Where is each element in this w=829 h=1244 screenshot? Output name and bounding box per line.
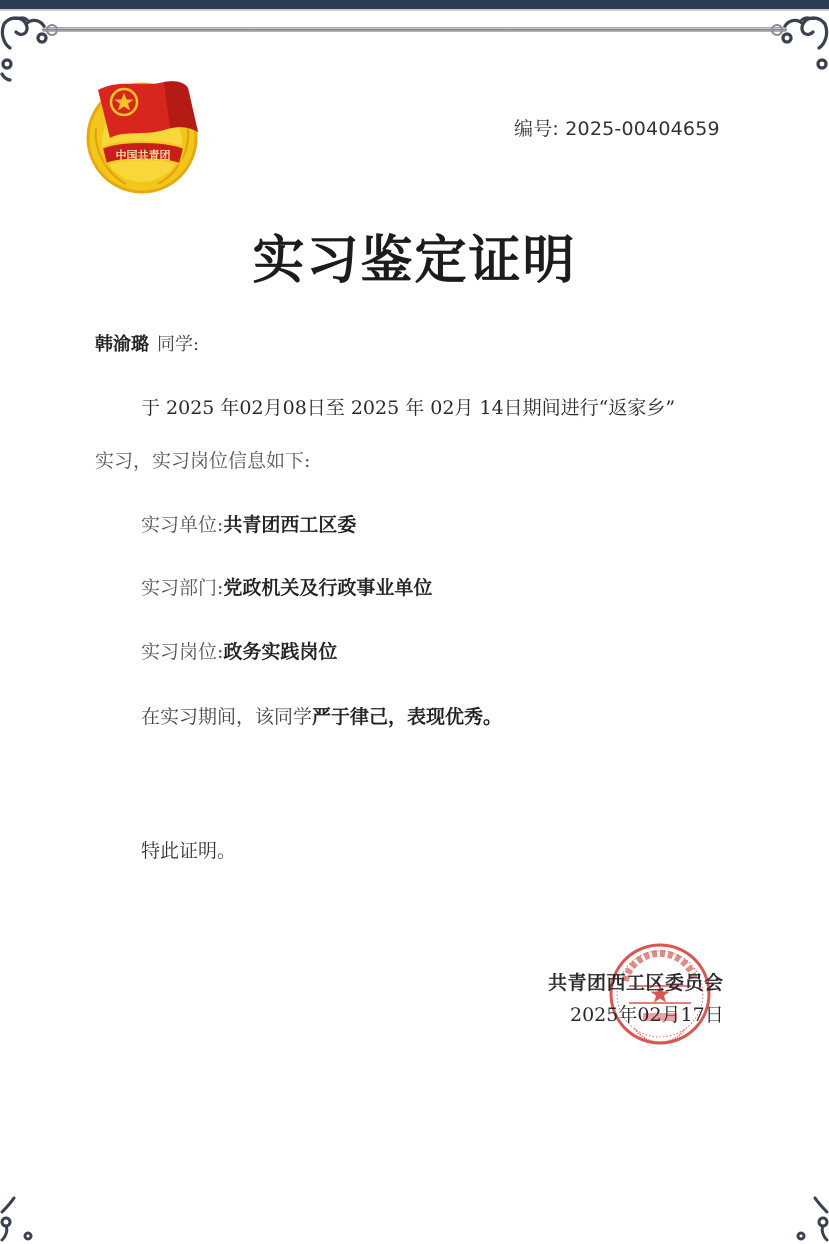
serial-separator: :: [552, 118, 559, 140]
corner-ornament-top-right-icon: [769, 12, 829, 82]
serial-value: 2025-00404659: [565, 118, 720, 140]
evaluation-highlight: 严于律己，表现优秀。: [312, 706, 502, 728]
top-border-line: [42, 27, 787, 32]
serial-label: 编号: [514, 118, 552, 140]
issue-date: 2025年02月17日: [570, 1000, 724, 1027]
info-label: 实习单位:: [141, 514, 223, 536]
info-label: 实习岗位:: [141, 641, 223, 663]
issuer-name: 共青团西工区委员会: [548, 968, 724, 995]
intro-line: 于 2025 年02月08日至 2025 年 02月 14日期间进行“返家乡”: [141, 393, 675, 420]
info-value: 政务实践岗位: [223, 641, 337, 663]
info-value: 共青团西工区委: [223, 514, 356, 536]
closing-statement: 特此证明。: [141, 836, 236, 863]
recipient-suffix: 同学:: [157, 334, 199, 355]
corner-ornament-bottom-left-icon: [0, 1194, 40, 1244]
info-label: 实习部门:: [141, 577, 223, 599]
top-bar: [0, 0, 829, 9]
corner-ornament-bottom-right-icon: [789, 1194, 829, 1244]
intro-continuation: 实习，实习岗位信息如下:: [95, 446, 310, 473]
youth-league-emblem-icon: 中国共青团: [80, 68, 210, 196]
evaluation-prefix: 在实习期间，该同学: [141, 706, 312, 728]
evaluation: 在实习期间，该同学严于律己，表现优秀。: [141, 702, 502, 729]
document-title: 实习鉴定证明: [0, 218, 829, 293]
info-row-unit: 实习单位:共青团西工区委: [141, 510, 356, 537]
salutation: 韩渝璐同学:: [95, 330, 199, 356]
top-bar-shadow: [0, 9, 829, 11]
serial-number: 编号: 2025-00404659: [514, 114, 720, 141]
info-row-position: 实习岗位:政务实践岗位: [141, 637, 337, 664]
info-row-department: 实习部门:党政机关及行政事业单位: [141, 573, 432, 600]
info-value: 党政机关及行政事业单位: [223, 577, 432, 599]
svg-text:中国共青团: 中国共青团: [116, 148, 171, 162]
recipient-name: 韩渝璐: [95, 334, 149, 355]
corner-ornament-top-left-icon: [0, 12, 60, 82]
